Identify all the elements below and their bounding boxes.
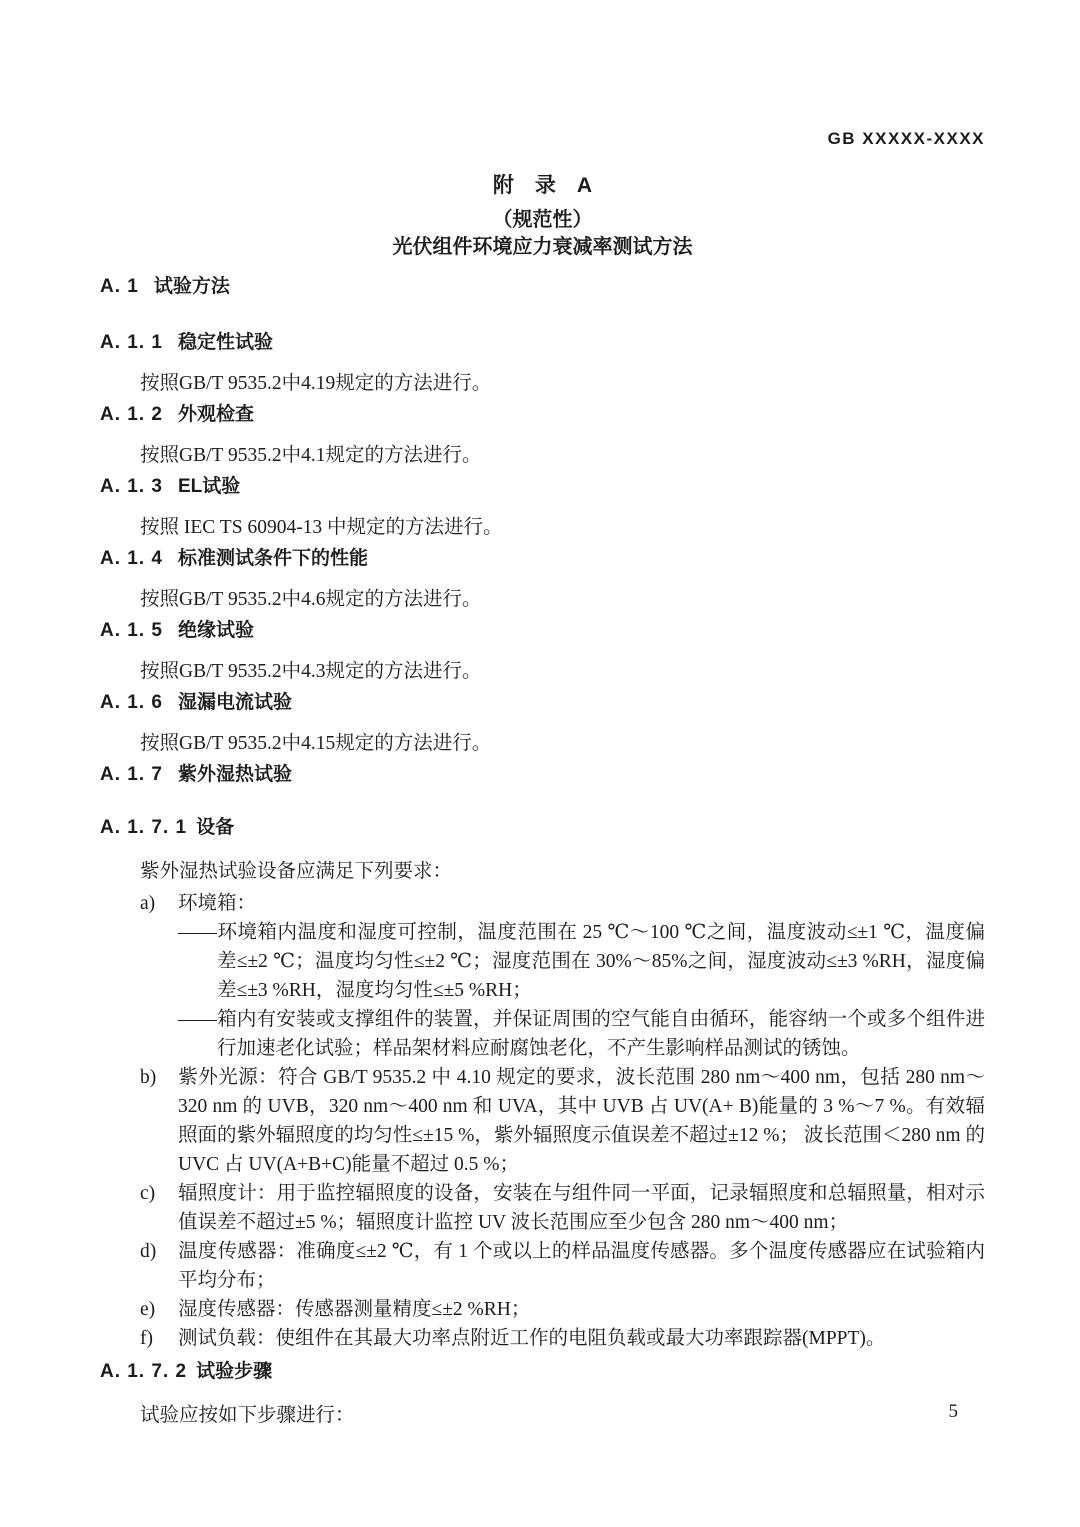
heading-a11: A. 1. 1稳定性试验: [100, 330, 985, 356]
heading-a171-title: 设备: [196, 817, 234, 838]
list-item-text-c: 辐照度计：用于监控辐照度的设备，安装在与组件同一平面，记录辐照度和总辐照量，相对…: [178, 1183, 985, 1233]
heading-a172-number: A. 1. 7. 2: [100, 1361, 187, 1382]
heading-a15-number: A. 1. 5: [100, 620, 163, 641]
heading-a17-number: A. 1. 7: [100, 764, 163, 785]
list-item-radiometer: c)辐照度计：用于监控辐照度的设备，安装在与组件同一平面，记录辐照度和总辐照量，…: [100, 1179, 985, 1237]
list-item-label-e: e): [140, 1295, 178, 1324]
heading-a172-title: 试验步骤: [196, 1361, 272, 1382]
heading-a14: A. 1. 4标准测试条件下的性能: [100, 546, 985, 572]
list-item-humidity-sensor: e)湿度传感器：传感器测量精度≤±2 %RH；: [100, 1295, 985, 1324]
heading-a171: A. 1. 7. 1设备: [100, 815, 985, 841]
list-item-label-a: a): [140, 889, 178, 918]
heading-a13-title: EL试验: [178, 476, 240, 497]
list-item-text-f: 测试负载：使组件在其最大功率点附近工作的电阻负载或最大功率跟踪器(MPPT)。: [178, 1328, 885, 1349]
heading-a17-title: 紫外湿热试验: [178, 764, 292, 785]
heading-a15-title: 绝缘试验: [178, 620, 254, 641]
list-item-test-load: f)测试负载：使组件在其最大功率点附近工作的电阻负载或最大功率跟踪器(MPPT)…: [100, 1324, 985, 1353]
doc-number: GB XXXXX-XXXX: [100, 128, 985, 150]
appendix-normative-label: （规范性）: [100, 207, 985, 233]
heading-a15: A. 1. 5绝缘试验: [100, 618, 985, 644]
heading-a11-title: 稳定性试验: [178, 332, 273, 353]
body-a15: 按照GB/T 9535.2中4.3规定的方法进行。: [100, 657, 985, 686]
list-item-label-d: d): [140, 1237, 178, 1266]
list-item-temperature-sensor: d)温度传感器：准确度≤±2 ℃，有 1 个或以上的样品温度传感器。多个温度传感…: [100, 1237, 985, 1295]
list-item-uv-source: b)紫外光源：符合 GB/T 9535.2 中 4.10 规定的要求，波长范围 …: [100, 1063, 985, 1179]
list-item-label-f: f): [140, 1324, 178, 1353]
body-a12: 按照GB/T 9535.2中4.1规定的方法进行。: [100, 441, 985, 470]
list-item-text-e: 湿度传感器：传感器测量精度≤±2 %RH；: [178, 1299, 530, 1320]
document-page: GB XXXXX-XXXX 附 录 A （规范性） 光伏组件环境应力衰减率测试方…: [0, 0, 1080, 1527]
appendix-heading: 附 录 A: [100, 172, 985, 200]
heading-a12-title: 外观检查: [178, 404, 254, 425]
heading-a13: A. 1. 3EL试验: [100, 474, 985, 500]
list-item-text-a: 环境箱：: [178, 893, 256, 914]
list-item-label-b: b): [140, 1063, 178, 1092]
appendix-subject-title: 光伏组件环境应力衰减率测试方法: [100, 234, 985, 261]
dash-subitem-chamber-mounting: ——箱内有安装或支撑组件的装置，并保证周围的空气能自由循环，能容纳一个或多个组件…: [100, 1005, 985, 1063]
heading-a171-number: A. 1. 7. 1: [100, 817, 187, 838]
heading-a172: A. 1. 7. 2试验步骤: [100, 1359, 985, 1385]
heading-a11-number: A. 1. 1: [100, 332, 163, 353]
body-a16: 按照GB/T 9535.2中4.15规定的方法进行。: [100, 729, 985, 758]
heading-a14-title: 标准测试条件下的性能: [178, 548, 368, 569]
heading-a1-title: 试验方法: [154, 276, 230, 297]
heading-a17: A. 1. 7紫外湿热试验: [100, 762, 985, 788]
heading-a12-number: A. 1. 2: [100, 404, 163, 425]
dash-subitem-chamber-control: ——环境箱内温度和湿度可控制，温度范围在 25 ℃～100 ℃之间，温度波动≤±…: [100, 918, 985, 1005]
list-item-text-d: 温度传感器：准确度≤±2 ℃，有 1 个或以上的样品温度传感器。多个温度传感器应…: [178, 1241, 985, 1291]
heading-a16: A. 1. 6湿漏电流试验: [100, 690, 985, 716]
heading-a16-number: A. 1. 6: [100, 692, 163, 713]
heading-a1-number: A. 1: [100, 276, 139, 297]
body-a172-intro: 试验应按如下步骤进行：: [100, 1401, 985, 1430]
heading-a12: A. 1. 2外观检查: [100, 402, 985, 428]
equipment-requirements-list: a)环境箱： ——环境箱内温度和湿度可控制，温度范围在 25 ℃～100 ℃之间…: [100, 889, 985, 1353]
list-item-label-c: c): [140, 1179, 178, 1208]
body-a13: 按照 IEC TS 60904-13 中规定的方法进行。: [100, 513, 985, 542]
page-number: 5: [949, 1400, 959, 1424]
body-a171-intro: 紫外湿热试验设备应满足下列要求：: [100, 857, 985, 886]
body-a14: 按照GB/T 9535.2中4.6规定的方法进行。: [100, 585, 985, 614]
list-item-environment-chamber: a)环境箱：: [100, 889, 985, 918]
list-item-text-b: 紫外光源：符合 GB/T 9535.2 中 4.10 规定的要求，波长范围 28…: [178, 1067, 985, 1175]
body-a11: 按照GB/T 9535.2中4.19规定的方法进行。: [100, 369, 985, 398]
heading-a14-number: A. 1. 4: [100, 548, 163, 569]
heading-a1: A. 1试验方法: [100, 274, 985, 300]
heading-a16-title: 湿漏电流试验: [178, 692, 292, 713]
heading-a13-number: A. 1. 3: [100, 476, 163, 497]
